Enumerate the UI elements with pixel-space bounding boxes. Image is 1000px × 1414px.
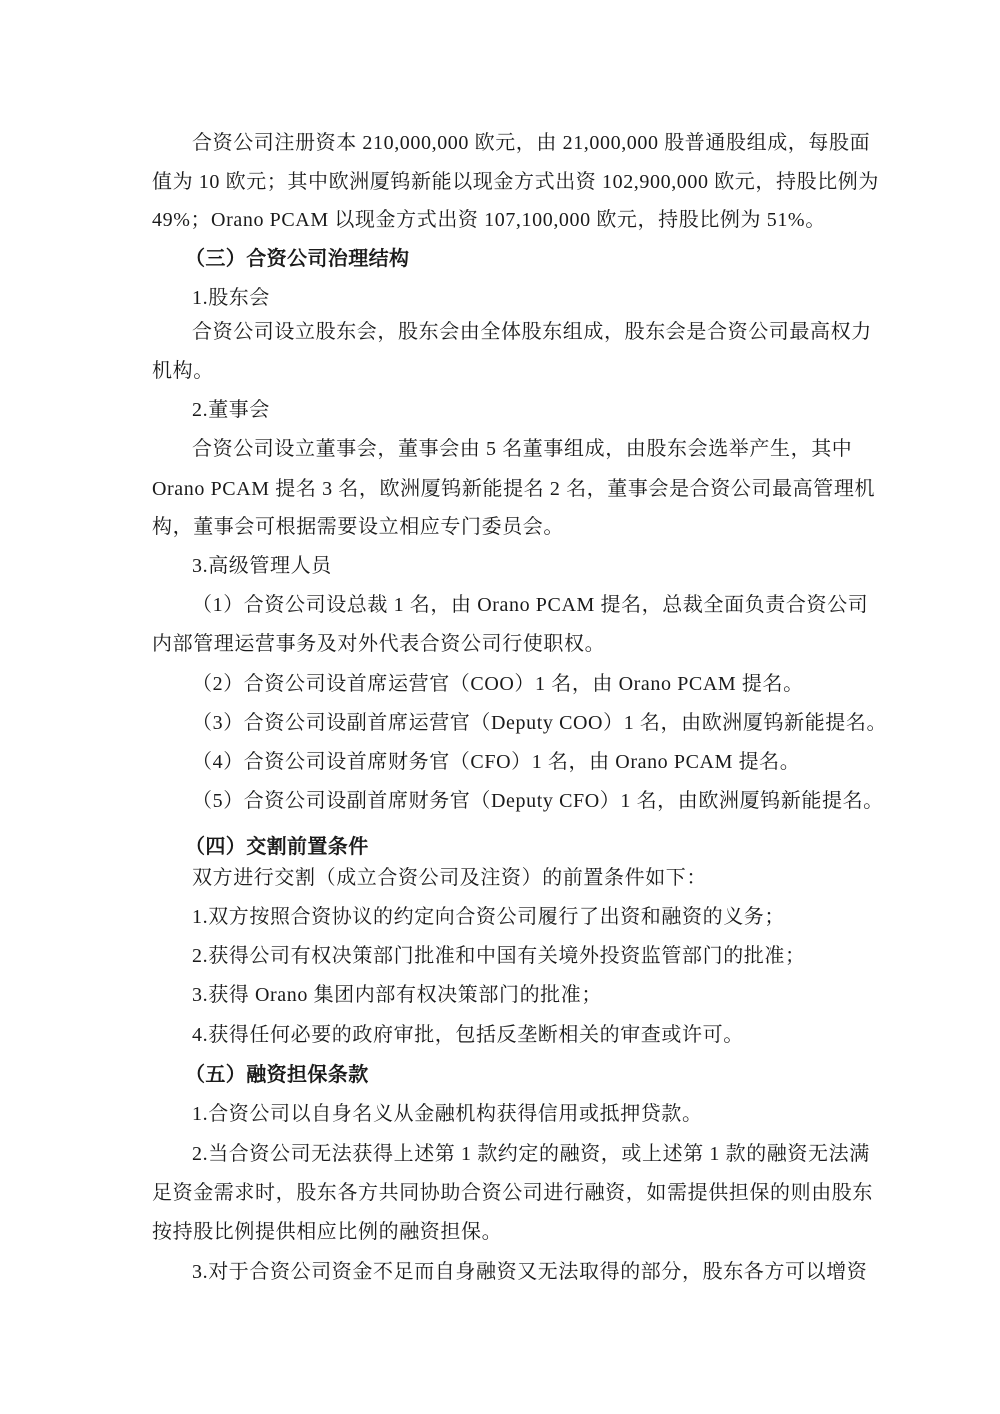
list-item: 4.获得任何必要的政府审批，包括反垄断相关的审查或许可。 [192,1022,852,1048]
list-item: 1.双方按照合资协议的约定向合资公司履行了出资和融资的义务； [192,904,852,930]
paragraph-line: 双方进行交割（成立合资公司及注资）的前置条件如下： [192,865,852,891]
list-item-continuation: 按持股比例提供相应比例的融资担保。 [152,1219,852,1245]
document-page: 合资公司注册资本 210,000,000 欧元，由 21,000,000 股普通… [0,0,1000,1414]
paragraph-line: 合资公司设立董事会，董事会由 5 名董事组成，由股东会选举产生，其中 [192,436,852,462]
list-item: （5）合资公司设副首席财务官（Deputy CFO）1 名，由欧洲厦钨新能提名。 [192,788,852,814]
subsection-title: 3.高级管理人员 [192,553,852,579]
paragraph-line: 构，董事会可根据需要设立相应专门委员会。 [152,514,852,540]
subsection-title: 2.董事会 [192,397,852,423]
paragraph-line: 合资公司设立股东会，股东会由全体股东组成，股东会是合资公司最高权力 [192,319,852,345]
list-item-continuation: 足资金需求时，股东各方共同协助合资公司进行融资，如需提供担保的则由股东 [152,1180,852,1206]
list-item: 2.当合资公司无法获得上述第 1 款约定的融资，或上述第 1 款的融资无法满 [192,1141,852,1167]
paragraph-line: 合资公司注册资本 210,000,000 欧元，由 21,000,000 股普通… [192,130,852,156]
section-heading: （三）合资公司治理结构 [185,246,885,272]
subsection-title: 1.股东会 [192,285,852,311]
list-item: 1.合资公司以自身名义从金融机构获得信用或抵押贷款。 [192,1101,852,1127]
paragraph-line: 49%；Orano PCAM 以现金方式出资 107,100,000 欧元，持股… [152,207,852,233]
list-item: 2.获得公司有权决策部门批准和中国有关境外投资监管部门的批准； [192,943,852,969]
paragraph-line: 机构。 [152,358,852,384]
list-item: （2）合资公司设首席运营官（COO）1 名，由 Orano PCAM 提名。 [192,671,852,697]
section-heading: （四）交割前置条件 [185,834,885,860]
list-item: 3.获得 Orano 集团内部有权决策部门的批准； [192,982,852,1008]
section-heading: （五）融资担保条款 [185,1062,885,1088]
list-item: （4）合资公司设首席财务官（CFO）1 名，由 Orano PCAM 提名。 [192,749,852,775]
list-item: 3.对于合资公司资金不足而自身融资又无法取得的部分，股东各方可以增资 [192,1259,852,1285]
paragraph-line: Orano PCAM 提名 3 名，欧洲厦钨新能提名 2 名，董事会是合资公司最… [152,476,852,502]
list-item-continuation: 内部管理运营事务及对外代表合资公司行使职权。 [152,631,852,657]
list-item: （1）合资公司设总裁 1 名，由 Orano PCAM 提名，总裁全面负责合资公… [192,592,852,618]
list-item: （3）合资公司设副首席运营官（Deputy COO）1 名，由欧洲厦钨新能提名。 [192,710,852,736]
paragraph-line: 值为 10 欧元；其中欧洲厦钨新能以现金方式出资 102,900,000 欧元，… [152,169,852,195]
